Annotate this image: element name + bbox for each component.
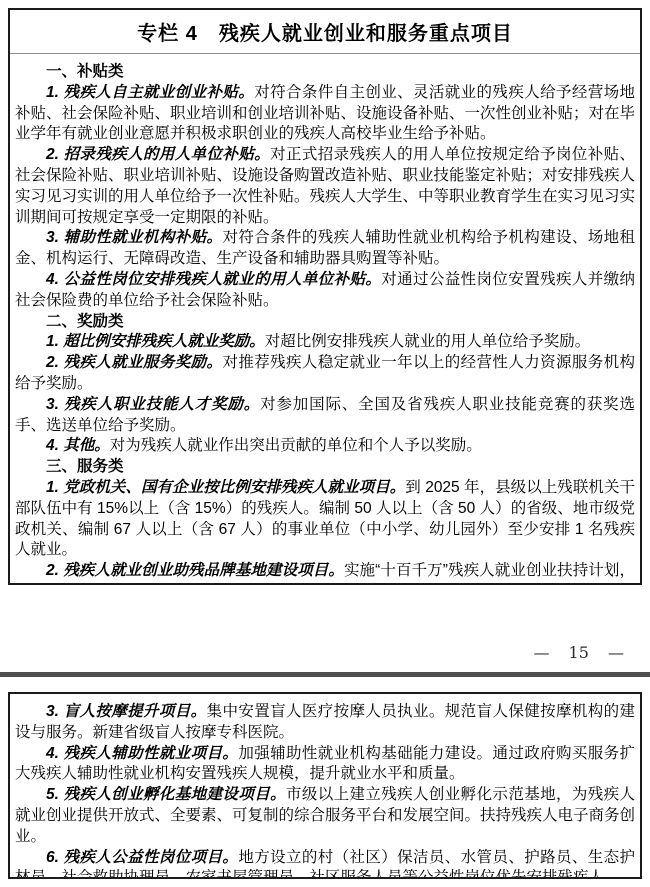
column4-body-continued: 3. 盲人按摩提升项目。集中安置盲人医疗按摩人员执业。规范盲人保健按摩机构的建设…: [10, 694, 640, 879]
item-body: 对超比例安排残疾人就业的用人单位给予奖励。: [265, 333, 591, 350]
item-name: 2. 残疾人就业服务奖励。: [46, 354, 222, 371]
item-name: 4. 其他。: [46, 437, 110, 454]
document-page: 专栏 4 残疾人就业创业和服务重点项目 一、补贴类 1. 残疾人自主就业创业补贴…: [0, 0, 650, 887]
list-item: 6. 残疾人公益性岗位项目。地方设立的村（社区）保洁员、水管员、护路员、生态护林…: [15, 848, 635, 879]
list-item: 2. 残疾人就业服务奖励。对推荐残疾人稳定就业一年以上的经营性人力资源服务机构给…: [15, 353, 635, 395]
column4-box-page15: 专栏 4 残疾人就业创业和服务重点项目 一、补贴类 1. 残疾人自主就业创业补贴…: [8, 8, 642, 585]
list-item: 4. 残疾人辅助性就业项目。加强辅助性就业机构基础能力建设。通过政府购买服务扩大…: [15, 744, 635, 786]
column4-title: 专栏 4 残疾人就业创业和服务重点项目: [10, 10, 640, 54]
section-heading-service: 三、服务类: [15, 457, 635, 478]
list-item: 3. 辅助性就业机构补贴。对符合条件的残疾人辅助性就业机构给予机构建设、场地租金…: [15, 228, 635, 270]
page-number: — 15 —: [533, 643, 624, 662]
item-name: 1. 残疾人自主就业创业补贴。: [46, 84, 254, 101]
item-name: 3. 辅助性就业机构补贴。: [46, 229, 222, 246]
item-body: 对为残疾人就业作出突出贡献的单位和个人予以奖励。: [110, 437, 482, 454]
list-item: 5. 残疾人创业孵化基地建设项目。市级以上建立残疾人创业孵化示范基地，为残疾人就…: [15, 785, 635, 847]
section-heading-reward: 二、奖励类: [15, 312, 635, 333]
column4-box-page16: 3. 盲人按摩提升项目。集中安置盲人医疗按摩人员执业。规范盲人保健按摩机构的建设…: [8, 692, 642, 879]
item-name: 1. 党政机关、国有企业按比例安排残疾人就业项目。: [46, 479, 405, 496]
list-item: 2. 招录残疾人的用人单位补贴。对正式招录残疾人的用人单位按规定给予岗位补贴、社…: [15, 145, 635, 228]
item-name: 6. 残疾人公益性岗位项目。: [46, 849, 238, 866]
list-item: 1. 残疾人自主就业创业补贴。对符合条件自主创业、灵活就业的残疾人给予经营场地补…: [15, 83, 635, 145]
list-item: 4. 公益性岗位安排残疾人就业的用人单位补贴。对通过公益性岗位安置残疾人并缴纳社…: [15, 270, 635, 312]
item-name: 3. 残疾人职业技能人才奖励。: [46, 396, 260, 413]
list-item: 3. 盲人按摩提升项目。集中安置盲人医疗按摩人员执业。规范盲人保健按摩机构的建设…: [15, 702, 635, 744]
item-name: 2. 招录残疾人的用人单位补贴。: [46, 146, 270, 163]
list-item: 4. 其他。对为残疾人就业作出突出贡献的单位和个人予以奖励。: [15, 436, 635, 457]
page-separator-band: [0, 672, 650, 677]
list-item: 3. 残疾人职业技能人才奖励。对参加国际、全国及省残疾人职业技能竞赛的获奖选手、…: [15, 395, 635, 437]
column4-body: 一、补贴类 1. 残疾人自主就业创业补贴。对符合条件自主创业、灵活就业的残疾人给…: [10, 54, 640, 585]
item-name: 1. 超比例安排残疾人就业奖励。: [46, 333, 265, 350]
list-item: 1. 超比例安排残疾人就业奖励。对超比例安排残疾人就业的用人单位给予奖励。: [15, 332, 635, 353]
item-name: 5. 残疾人创业孵化基地建设项目。: [46, 786, 286, 803]
item-name: 2. 残疾人就业创业助残品牌基地建设项目。: [46, 562, 344, 579]
item-name: 3. 盲人按摩提升项目。: [46, 703, 207, 720]
list-item: 1. 党政机关、国有企业按比例安排残疾人就业项目。到 2025 年，县级以上残联…: [15, 478, 635, 561]
item-name: 4. 公益性岗位安排残疾人就业的用人单位补贴。: [46, 271, 381, 288]
item-name: 4. 残疾人辅助性就业项目。: [46, 745, 238, 762]
list-item: 2. 残疾人就业创业助残品牌基地建设项目。实施“十百千万”残疾人就业创业扶持计划…: [15, 561, 635, 585]
section-heading-subsidy: 一、补贴类: [15, 62, 635, 83]
